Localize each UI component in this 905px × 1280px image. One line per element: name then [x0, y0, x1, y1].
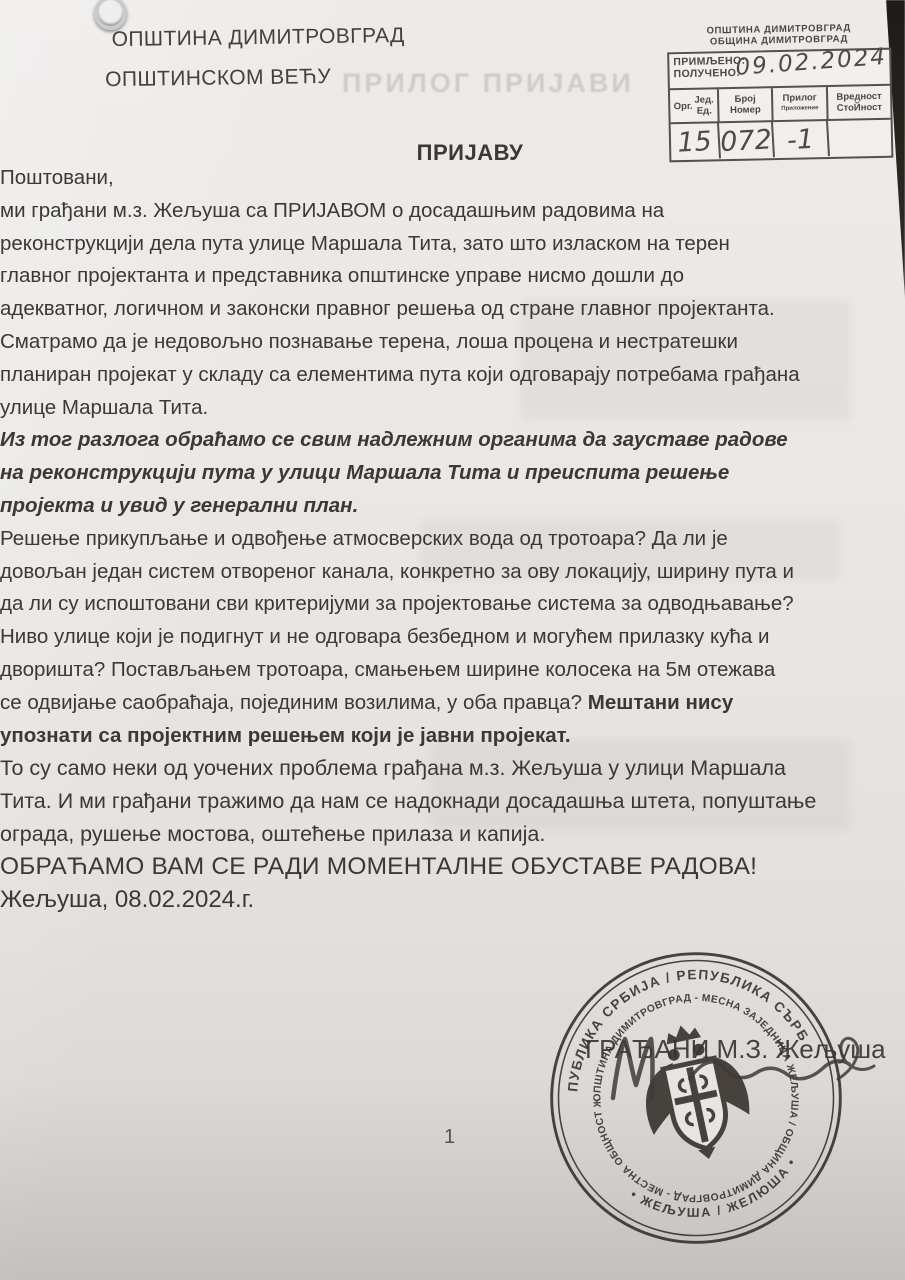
- letter-body: Поштовани, ми грађани м.з. Жељуша са ПРИ…: [0, 162, 905, 917]
- col1-bottom-label: Ед.: [695, 105, 714, 116]
- paragraph-assessment: Сматрамо да је недовољно познавање терен…: [0, 326, 800, 424]
- paragraph-questions: Решење прикупљање и одвођење атмосверски…: [0, 523, 800, 753]
- paragraph-questions-regular: Решење прикупљање и одвођење атмосверски…: [0, 527, 794, 714]
- closing-statement: ОБРАЋАМО ВАМ СЕ РАДИ МОМЕНТАЛНЕ ОБУСТАВЕ…: [0, 851, 905, 884]
- col3-bottom-label: Приложение: [773, 103, 826, 115]
- place-and-date: Жељуша, 08.02.2024.г.: [0, 884, 905, 917]
- coat-crown: [663, 1022, 701, 1045]
- recipient-block: ОПШТИНА ДИМИТРОВГРАД ОПШТИНСКОМ ВЕЋУ: [111, 24, 405, 108]
- salutation: Поштовани,: [0, 162, 905, 195]
- col-enclosure-header: Прилог Приложение: [773, 87, 829, 122]
- recipient-line-1: ОПШТИНА ДИМИТРОВГРАД: [111, 24, 404, 52]
- page-number: 1: [444, 1126, 455, 1149]
- paragraph-demand-bold: Из тог разлога обраћамо се свим надлежни…: [0, 424, 806, 522]
- recipient-line-2: ОПШТИНСКОМ ВЕЋУ: [105, 64, 405, 92]
- col4-bottom-label: СтоЙност: [828, 102, 890, 114]
- col-value-header: Вредност СтоЙност: [828, 86, 891, 121]
- intake-header-row: Орг. Јед. Ед. Број Номер Прилог Приложен…: [670, 86, 891, 125]
- col1-top-label: Јед.: [694, 94, 713, 105]
- eagle-head-right: [692, 1043, 706, 1057]
- col1-left-label: Орг.: [674, 100, 693, 111]
- col-org-unit-header: Орг. Јед. Ед.: [670, 89, 720, 124]
- col2-bottom-label: Номер: [719, 104, 771, 116]
- paragraph-damages: То су само неки од уочених проблема грађ…: [0, 752, 842, 851]
- eagle-head-left: [667, 1048, 681, 1062]
- paragraph-intro: ми грађани м.з. Жељуша са ПРИЈАВОМ о дос…: [0, 195, 792, 326]
- stamp-coat-of-arms: [630, 1015, 759, 1170]
- round-official-stamp: РЕПУБЛИКА СРБИЈА / РЕПУБЛИКА СЪРБИЯ • ЖЕ…: [511, 913, 881, 1280]
- intake-received-row: ПРИМЉЕНО: ПОЛУЧЕНО: 09.02.2024: [669, 50, 890, 91]
- col-number-header: Број Номер: [719, 88, 774, 123]
